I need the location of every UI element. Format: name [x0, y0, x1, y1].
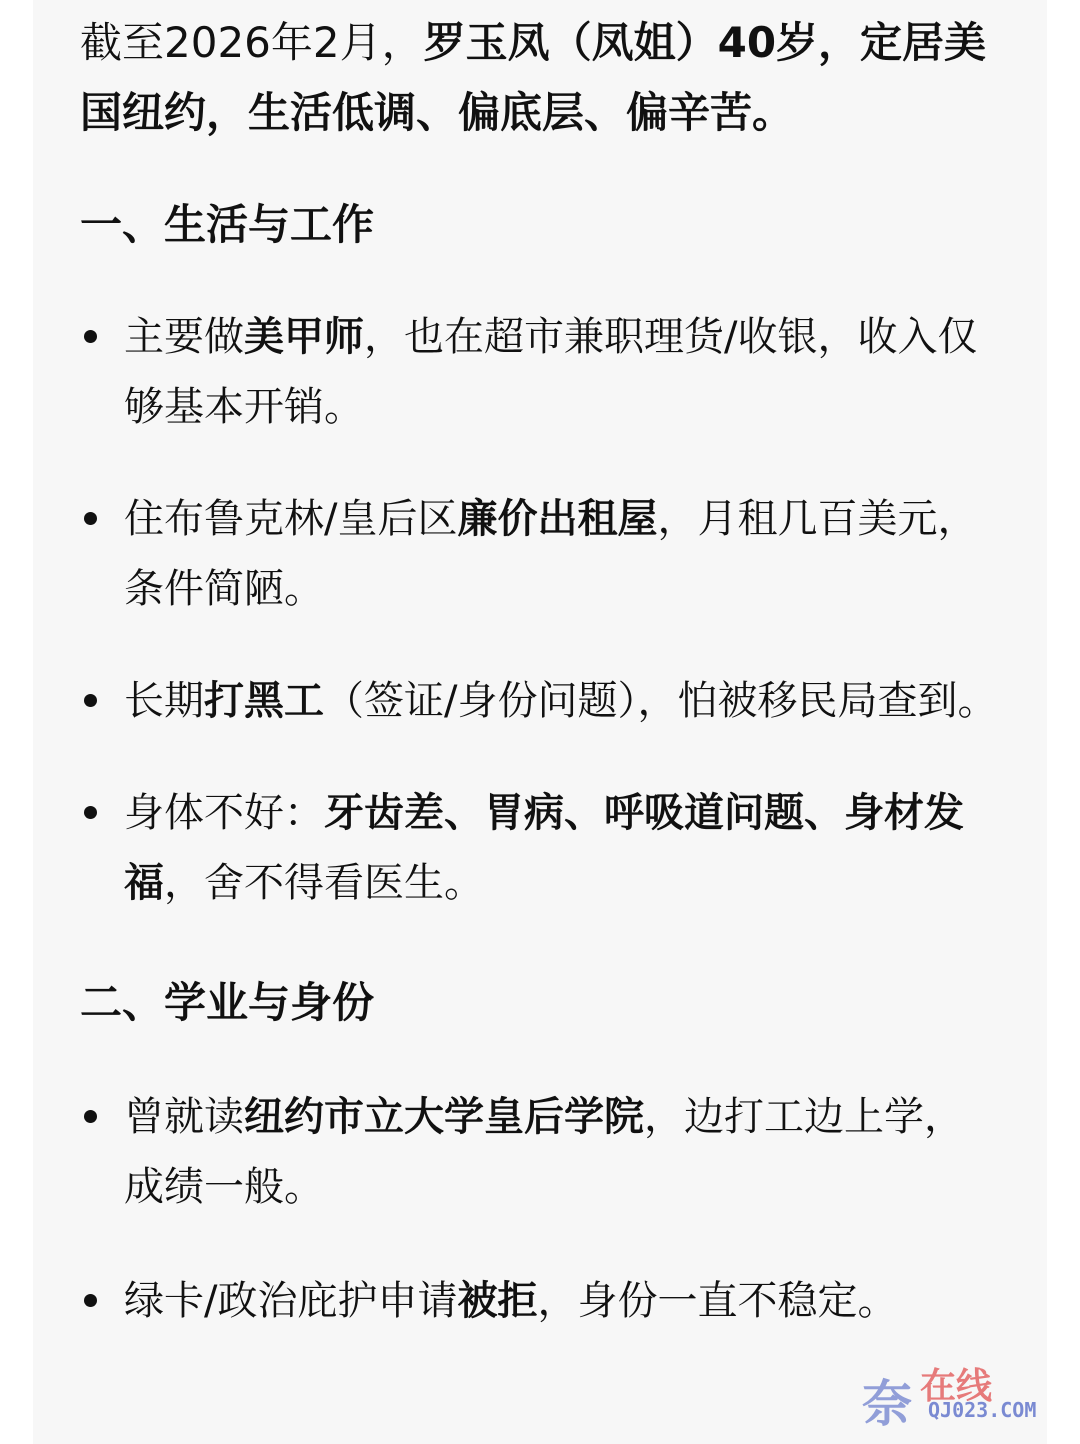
intro-text: 截至2026年2月，: [80, 18, 424, 67]
item-text: 身体不好：: [124, 790, 324, 836]
list-item: 主要做美甲师，也在超市兼职理货/收银，收入仅够基本开销。: [80, 302, 1000, 442]
education-status-list: 曾就读纽约市立大学皇后学院，边打工边上学，成绩一般。 绿卡/政治庇护申请被拒，身…: [80, 1082, 1000, 1336]
list-item: 住布鲁克林/皇后区廉价出租屋，月租几百美元，条件简陋。: [80, 484, 1000, 624]
item-bold-text: 廉价出租屋: [457, 496, 657, 542]
list-item: 曾就读纽约市立大学皇后学院，边打工边上学，成绩一般。: [80, 1082, 1000, 1222]
bullet-icon: [84, 694, 97, 707]
item-text: （签证/身份问题），怕被移民局查到。: [324, 678, 997, 724]
item-text: 住布鲁克林/皇后区: [124, 496, 457, 542]
list-item: 身体不好：牙齿差、胃病、呼吸道问题、身材发福，舍不得看医生。: [80, 778, 1000, 918]
section-heading-life-work: 一、生活与工作: [80, 190, 1000, 260]
item-bold-text: 被拒: [457, 1278, 537, 1324]
item-text: 曾就读: [124, 1094, 244, 1140]
list-item: 长期打黑工（签证/身份问题），怕被移民局查到。: [80, 666, 1000, 736]
bullet-icon: [84, 512, 97, 525]
list-item: 绿卡/政治庇护申请被拒，身份一直不稳定。: [80, 1266, 1000, 1336]
bullet-icon: [84, 1294, 97, 1307]
item-text: 绿卡/政治庇护申请: [124, 1278, 457, 1324]
item-text: ，身份一直不稳定。: [537, 1278, 897, 1324]
life-work-list: 主要做美甲师，也在超市兼职理货/收银，收入仅够基本开销。 住布鲁克林/皇后区廉价…: [80, 302, 1000, 918]
bullet-icon: [84, 330, 97, 343]
article-body: 截至2026年2月，罗玉凤（凤姐）40岁，定居美国纽约，生活低调、偏底层、偏辛苦…: [80, 0, 1000, 1336]
item-bold-text: 纽约市立大学皇后学院: [244, 1094, 644, 1140]
item-text: 长期: [124, 678, 204, 724]
section-heading-education-status: 二、学业与身份: [80, 968, 1000, 1038]
item-bold-text: 打黑工: [204, 678, 324, 724]
intro-paragraph: 截至2026年2月，罗玉凤（凤姐）40岁，定居美国纽约，生活低调、偏底层、偏辛苦…: [80, 0, 1000, 148]
item-bold-text: 美甲师: [244, 314, 364, 360]
bullet-icon: [84, 1110, 97, 1123]
item-text: ，舍不得看医生。: [164, 860, 484, 906]
item-text: 主要做: [124, 314, 244, 360]
bullet-icon: [84, 806, 97, 819]
